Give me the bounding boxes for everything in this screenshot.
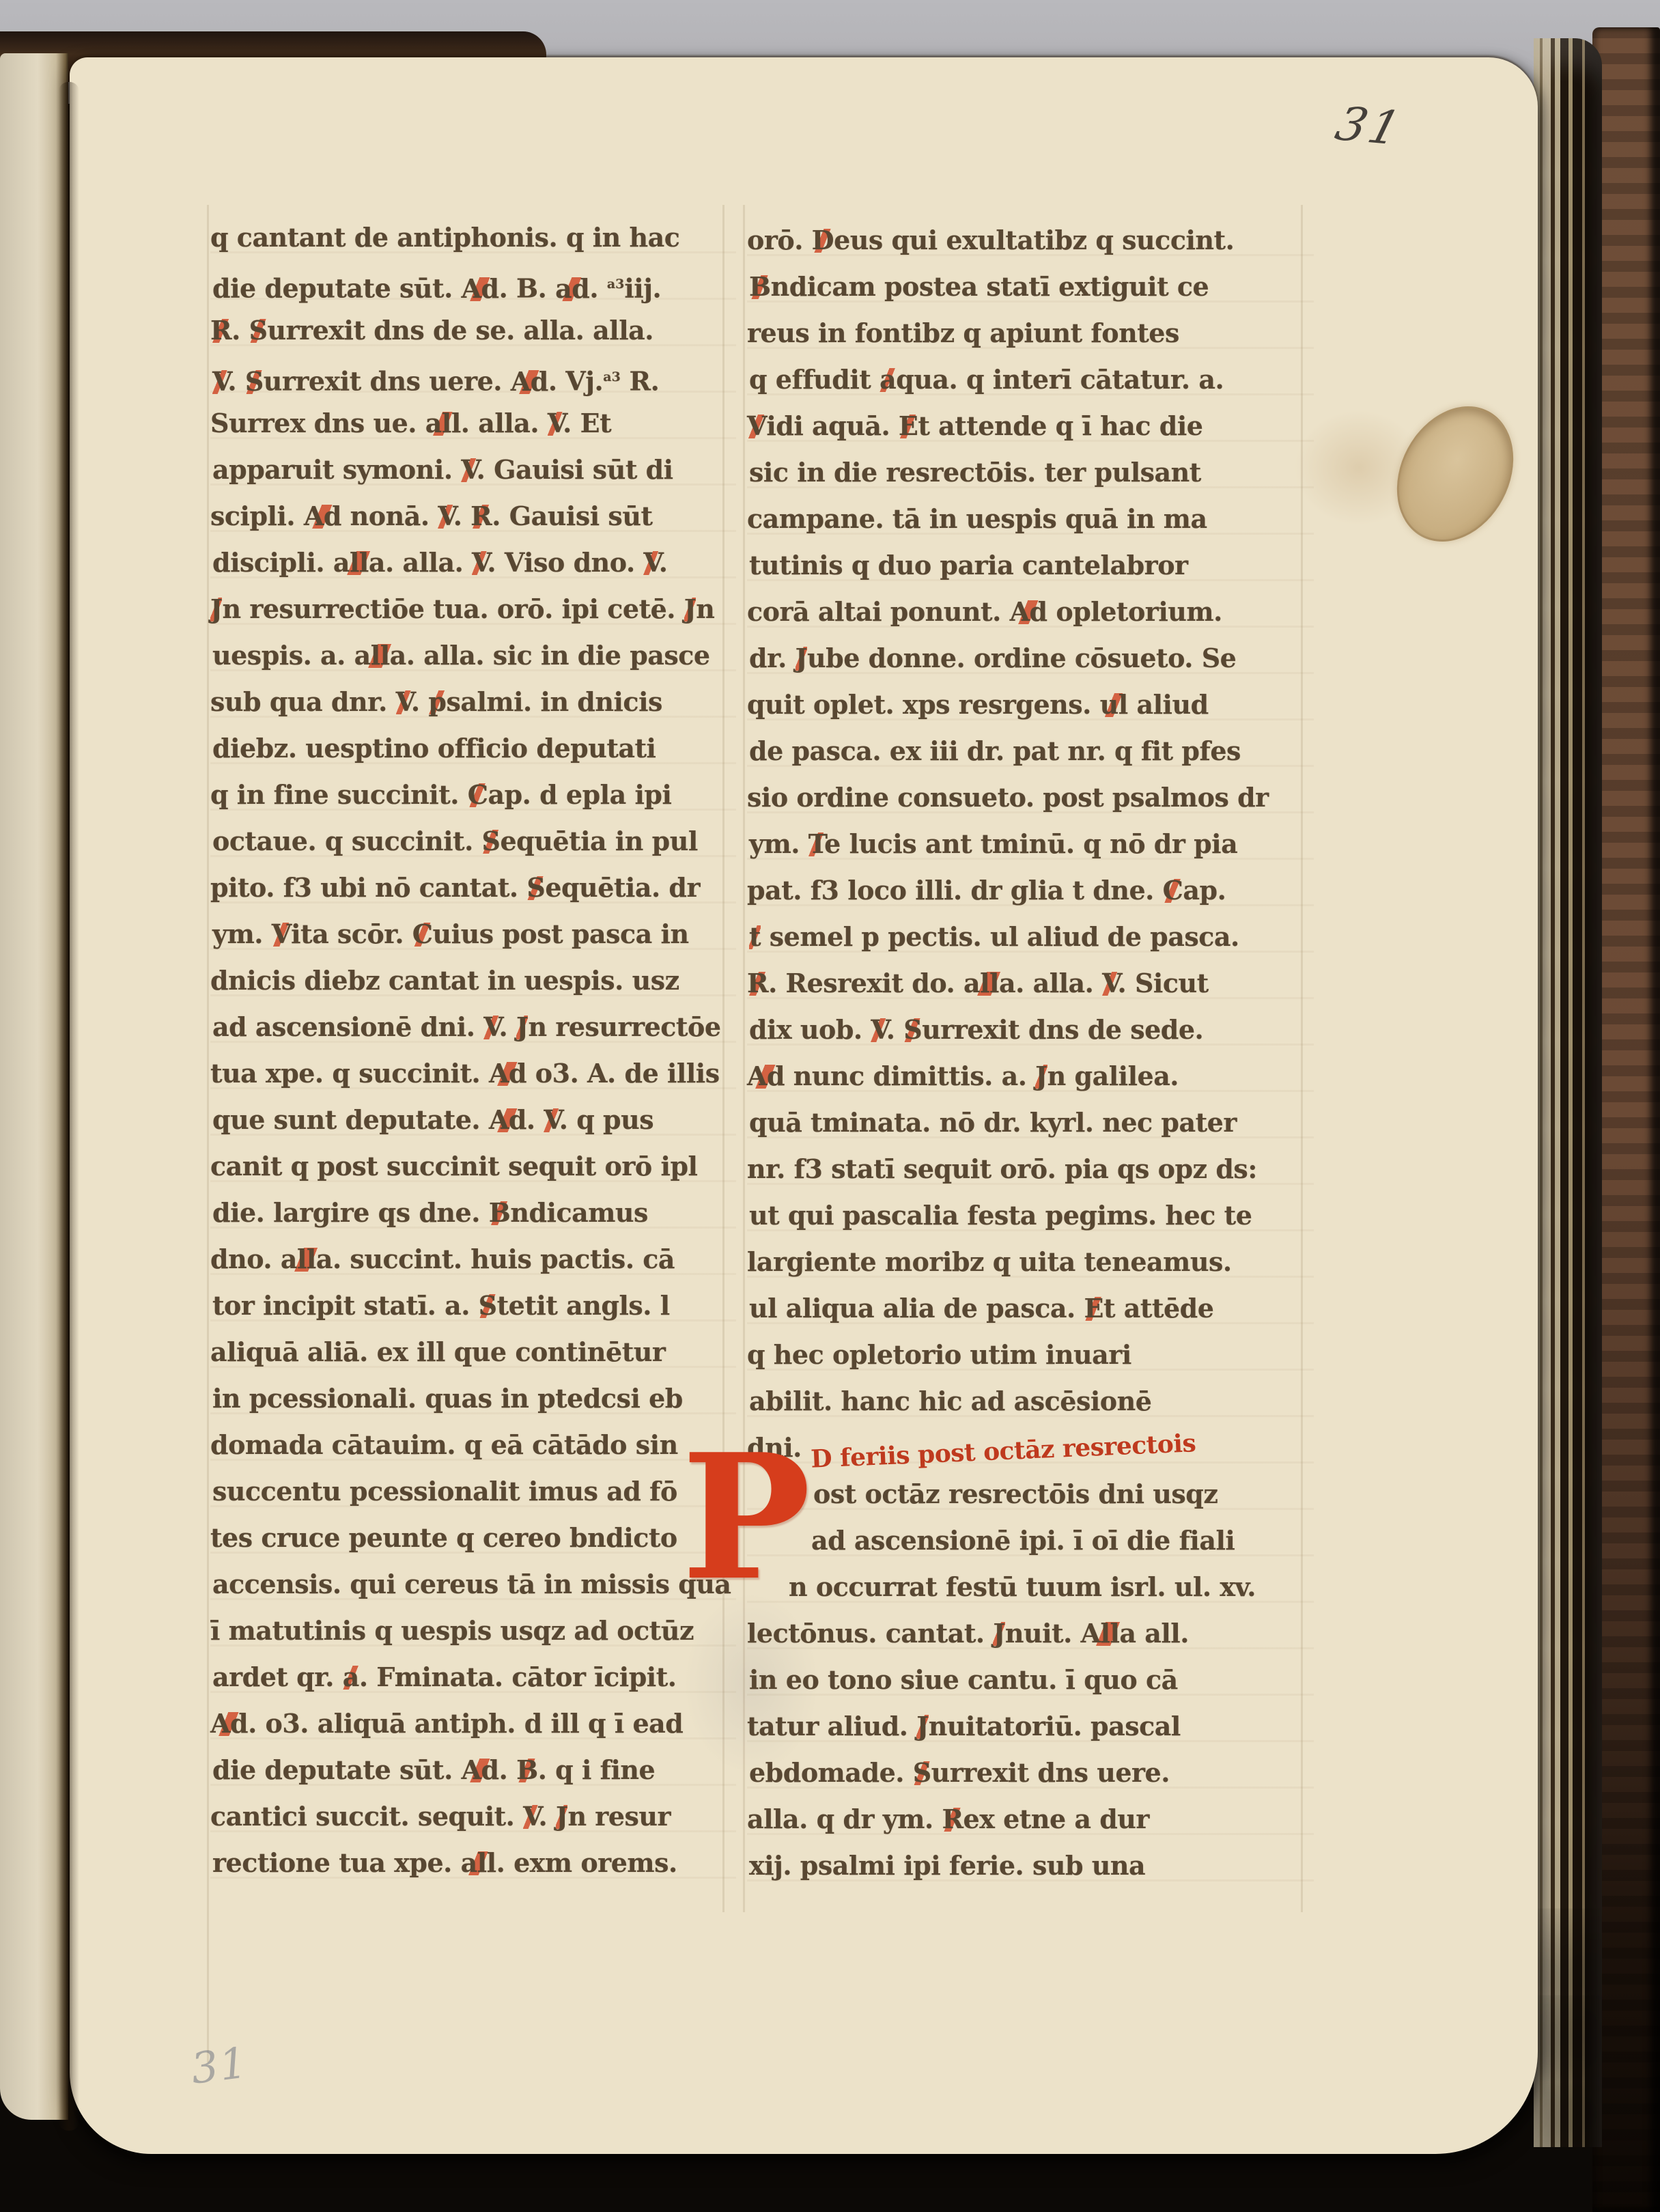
text-line: reus in fontibz q apiunt fontes <box>747 311 1314 358</box>
text-line: succentu pcessionalit imus ad fō <box>210 1470 736 1516</box>
text-segment: S <box>903 1014 922 1045</box>
text-segment: e lucis ant tminū. q nō dr pia <box>824 828 1237 859</box>
text-segment: ad ascensionē dni. <box>212 1011 483 1042</box>
text-segment: . alla. <box>385 547 472 578</box>
text-segment: V <box>747 410 766 441</box>
text-line: ardet qr. a. Fminata. cātor īcipit. <box>210 1655 736 1702</box>
book-cover-board <box>1592 27 1660 2212</box>
text-line: V. Surrexit dns uere. Ad. Vj.a3 R. <box>210 355 736 402</box>
text-segment: alla. q dr ym. <box>747 1804 942 1834</box>
text-segment: tetit angls. l <box>497 1290 670 1321</box>
text-segment: discipli. <box>212 547 333 578</box>
text-line: ul aliqua alia de pasca. Et attēde <box>747 1287 1314 1333</box>
text-segment: aliud <box>1128 689 1209 720</box>
text-segment: R <box>470 501 492 531</box>
text-segment: tor incipit statī. a. <box>212 1290 479 1321</box>
text-line: dr. Jube donne. ordine cōsueto. Se <box>747 636 1314 683</box>
text-line: in pcessionali. quas in ptedcsi eb <box>210 1377 736 1423</box>
text-segment: a3 <box>603 369 621 384</box>
text-segment: corā altai ponunt. <box>747 596 1010 627</box>
text-segment: scipli. <box>210 501 304 531</box>
text-segment: ndicamus <box>510 1197 648 1228</box>
text-segment: . <box>231 315 249 346</box>
text-segment: nunc dimittis. a. <box>785 1061 1035 1091</box>
text-line: tor incipit statī. a. Stetit angls. l <box>210 1284 736 1330</box>
text-segment: tua xpe. q succinit. <box>210 1058 489 1089</box>
text-segment: in eo tono siue cantu. ī quo cā <box>749 1664 1178 1695</box>
text-segment: ad ascensionē ipi. ī oī die fiali <box>811 1525 1235 1556</box>
text-line: R. Surrexit dns de se. alla. alla. <box>210 309 736 355</box>
text-segment: B <box>749 271 771 302</box>
text-segment: urrexit dns uere. <box>931 1757 1170 1788</box>
text-segment: urrexit dns uere. <box>264 366 511 397</box>
text-segment: . <box>499 1754 516 1785</box>
text-segment: V <box>212 366 227 397</box>
text-line: ad ascensionē dni. V. Jn resurrectōe <box>210 1005 736 1052</box>
text-segment: all <box>425 408 461 438</box>
text-segment: E <box>899 410 918 441</box>
text-line: tua xpe. q succinit. Ad o3. A. de illis <box>210 1052 736 1098</box>
text-segment: . q i fine <box>538 1754 656 1785</box>
text-segment: V <box>548 408 563 438</box>
text-segment: idi aquā. <box>766 410 899 441</box>
text-line: sic in die resrectōis. ter pulsant <box>747 451 1314 497</box>
pencil-folio-number: 31 <box>188 2037 251 2094</box>
text-segment: lectōnus. cantat. <box>747 1618 993 1649</box>
text-segment: . exm orems. <box>496 1847 677 1878</box>
text-segment: rectione tua xpe. <box>212 1847 461 1878</box>
text-segment: S <box>482 826 501 856</box>
text-segment: C <box>412 919 433 949</box>
text-segment: . succint. huis pactis. cā <box>333 1244 675 1274</box>
text-segment: cantici succit. sequit. <box>210 1801 523 1832</box>
text-line: canit q post succinit sequit orō ipl <box>210 1145 736 1191</box>
text-segment: q effudit <box>749 364 880 395</box>
text-segment: . Resrexit do. <box>768 968 963 998</box>
text-segment: ym. <box>749 828 808 859</box>
text-segment: . <box>589 273 606 304</box>
text-segment: in pcessionali. quas in ptedcsi eb <box>212 1383 683 1414</box>
text-line: ut qui pascalia festa pegims. hec te <box>747 1194 1314 1240</box>
text-segment: . Sicut <box>1118 968 1209 998</box>
text-segment: . o3. aliquā antiph. d ill q ī ead <box>248 1708 683 1739</box>
text-segment: tutinis q duo paria cantelabror <box>749 550 1188 580</box>
text-line: n occurrat festū tuum isrl. ul. xv. <box>787 1565 1314 1612</box>
text-line: uespis. a. alla. alla. sic in die pasce <box>210 634 736 680</box>
text-segment: Ad <box>1010 596 1047 627</box>
text-line: q in fine succinit. Cap. d epla ipi <box>210 773 736 820</box>
text-segment: J <box>993 1618 1004 1649</box>
text-line: Ad nunc dimittis. a. Jn galilea. <box>747 1054 1314 1101</box>
text-segment: die. largire qs dne. <box>212 1197 489 1228</box>
text-segment: Ad <box>511 366 548 397</box>
text-segment: ut qui pascalia festa pegims. hec te <box>749 1200 1252 1231</box>
text-line: dno. alla. succint. huis pactis. cā <box>210 1237 736 1284</box>
text-segment: . <box>538 1801 555 1832</box>
text-segment: dnicis diebz cantat in uespis. usz <box>210 965 679 996</box>
text-line: aliquā aliā. ex ill que continētur <box>210 1330 736 1377</box>
text-segment: orō. <box>747 225 812 255</box>
text-segment: T <box>808 828 824 859</box>
text-column-left: q cantant de antiphonis. q in hacdie dep… <box>210 216 736 1888</box>
text-segment: . <box>227 366 244 397</box>
text-segment: iij. <box>624 273 661 304</box>
text-segment: ndicam postea statī extiguit ce <box>771 271 1209 302</box>
text-segment: dr. <box>749 643 796 673</box>
text-segment: urrexit dns de se. alla. alla. <box>268 315 653 346</box>
text-line: octaue. q succinit. Sequētia in pul <box>210 820 736 866</box>
text-line: que sunt deputate. Ad. V. q pus <box>210 1098 736 1145</box>
text-segment: B <box>516 1754 538 1785</box>
text-segment: Alla <box>1081 1618 1136 1649</box>
text-segment: ap. d epla ipi <box>488 779 671 810</box>
text-segment: tes cruce peunte q cereo bndicto <box>210 1522 677 1553</box>
text-segment: t attende q ī hac die <box>918 410 1202 441</box>
text-line: quit oplet. xps resrgens. ul aliud <box>747 683 1314 729</box>
text-line: tes cruce peunte q cereo bndicto <box>210 1516 736 1563</box>
text-line: ī matutinis q uespis usqz ad octūz <box>210 1609 736 1655</box>
text-segment: a <box>880 364 896 395</box>
text-segment: tatur aliud. <box>747 1711 916 1741</box>
text-line: dix uob. V. Surrexit dns de sede. <box>747 1008 1314 1054</box>
text-line: tutinis q duo paria cantelabror <box>747 544 1314 590</box>
text-segment: xij. psalmi ipi ferie. sub una <box>749 1850 1145 1881</box>
text-segment: Ad <box>462 1754 499 1785</box>
text-segment: Ad <box>489 1104 526 1135</box>
text-segment: V <box>643 547 658 578</box>
text-segment: V <box>272 919 291 949</box>
text-segment: sio ordine consueto. post psalmos dr <box>747 782 1269 813</box>
text-segment: que sunt deputate. <box>212 1104 489 1135</box>
text-segment: S <box>479 1290 497 1321</box>
text-segment: ebdomade. <box>749 1757 913 1788</box>
text-segment: equētia. dr <box>545 872 700 903</box>
text-segment: V <box>871 1014 886 1045</box>
text-line: diebz. uesptino officio deputati <box>210 727 736 773</box>
text-line: abilit. hanc hic ad ascēsionē <box>747 1380 1314 1426</box>
text-line: alla. q dr ym. Rex etne a dur <box>747 1797 1314 1844</box>
text-line: q hec opletorio utim inuari <box>747 1333 1314 1380</box>
text-segment: . <box>526 1104 544 1135</box>
text-line: ad ascensionē ipi. ī oī die fiali <box>811 1519 1314 1565</box>
text-segment: nonā. <box>341 501 438 531</box>
text-line: sio ordine consueto. post psalmos dr <box>747 776 1314 822</box>
text-line: corā altai ponunt. Ad opletorium. <box>747 590 1314 636</box>
text-segment: n occurrat festū tuum isrl. ul. xv. <box>789 1571 1256 1602</box>
text-segment: V <box>396 686 411 717</box>
text-line: t semel p pectis. ul aliud de pasca. <box>747 915 1314 962</box>
drop-cap-initial: P <box>681 1453 811 1610</box>
text-segment: quit oplet. xps resrgens. <box>747 689 1100 720</box>
text-segment: opletorium. <box>1047 596 1222 627</box>
text-segment: ita scōr. <box>291 919 412 949</box>
text-segment: salmi. in dnicis <box>446 686 662 717</box>
text-segment: urrexit dns de sede. <box>922 1014 1203 1045</box>
text-segment: . Fminata. cātor īcipit. <box>359 1662 677 1692</box>
text-line: R. Resrexit do. alla. alla. V. Sicut <box>747 962 1314 1008</box>
text-segment: campane. tā in uespis quā in ma <box>747 503 1207 534</box>
text-line: dni. D feriis post octāz resrectois <box>747 1426 1314 1472</box>
text-segment: octaue. q succinit. <box>212 826 482 856</box>
text-segment: alla <box>354 640 406 671</box>
text-segment: uespis. a. <box>212 640 354 671</box>
text-line: Surrex dns ue. all. alla. V. Et <box>210 402 736 448</box>
text-segment: J <box>916 1711 928 1741</box>
text-segment: V <box>483 1011 498 1042</box>
text-segment: nuit. <box>1005 1618 1081 1649</box>
text-segment: alla <box>333 547 385 578</box>
text-segment: t attēde <box>1103 1293 1213 1324</box>
text-segment: n <box>696 593 714 624</box>
text-segment: all. <box>1136 1618 1189 1649</box>
text-line: dnicis diebz cantat in uespis. usz <box>210 959 736 1005</box>
text-segment: S <box>249 315 268 346</box>
text-segment: all <box>461 1847 496 1878</box>
text-segment: V <box>461 454 476 485</box>
text-segment: V <box>472 547 487 578</box>
text-segment: canit q post succinit sequit orō ipl <box>210 1151 697 1181</box>
text-segment: accensis. qui cereus tā in missis quā <box>212 1569 731 1599</box>
text-line: de pasca. ex iii dr. pat nr. q fit pfes <box>747 729 1314 776</box>
text-line: pito. f3 ubi nō cantat. Sequētia. dr <box>210 866 736 912</box>
text-segment: uius post pasca in <box>433 919 689 949</box>
text-line: Jn resurrectiōe tua. orō. ipi cetē. Jn <box>210 587 736 634</box>
text-segment: nr. f3 statī sequit orō. pia qs opz ds: <box>747 1153 1257 1184</box>
text-segment: D <box>812 225 834 255</box>
text-segment: semel p pectis. ul aliud de pasca. <box>761 921 1239 952</box>
text-line: q cantant de antiphonis. q in hac <box>210 216 736 262</box>
text-segment: ost octāz resrectōis dni usqz <box>813 1479 1218 1509</box>
text-column-right: orō. Deus qui exultatibz q succint.Bndic… <box>747 219 1314 1890</box>
text-segment: eus qui exultatibz q succint. <box>834 225 1234 255</box>
text-segment: . Et <box>563 408 611 438</box>
text-segment: Ad <box>210 1708 248 1739</box>
text-segment: . <box>659 547 668 578</box>
text-segment: nuitatoriū. pascal <box>929 1711 1181 1741</box>
text-segment: C <box>468 779 488 810</box>
text-segment: alla <box>963 968 1015 998</box>
text-segment: ym. <box>212 919 272 949</box>
text-segment: Ad <box>304 501 341 531</box>
text-segment: . alla. <box>1015 968 1102 998</box>
column-rule-line <box>743 205 745 1912</box>
text-segment: R <box>942 1804 963 1834</box>
text-segment: . Gauisi sūt di <box>477 454 673 485</box>
text-segment: . alla. sic in die pasce <box>406 640 710 671</box>
text-segment: sub qua dnr. <box>210 686 396 717</box>
text-segment: S <box>526 872 545 903</box>
text-line: die deputate sūt. Ad. B. ad. a3iij. <box>210 262 736 309</box>
text-segment: aliquā aliā. ex ill que continētur <box>210 1336 665 1367</box>
gutter-shadow <box>59 82 79 2131</box>
text-segment: . <box>411 686 428 717</box>
text-line: xij. psalmi ipi ferie. sub una <box>747 1844 1314 1890</box>
text-segment: J <box>516 1011 528 1042</box>
text-segment: quā tminata. nō dr. kyrl. nec pater <box>749 1107 1237 1138</box>
text-line: quā tminata. nō dr. kyrl. nec pater <box>747 1101 1314 1147</box>
text-line: sub qua dnr. V. psalmi. in dnicis <box>210 680 736 727</box>
text-segment: . Vj. <box>548 366 603 397</box>
text-line: ost octāz resrectōis dni usqz <box>811 1472 1314 1519</box>
text-segment: J <box>556 1801 567 1832</box>
text-segment: abilit. hanc hic ad ascēsionē <box>749 1386 1151 1416</box>
text-segment: q cantant de antiphonis. q in hac <box>210 222 679 253</box>
text-segment: . q pus <box>559 1104 653 1135</box>
text-segment: a <box>343 1662 359 1692</box>
text-line: domada cātauim. q eā cātādo sin <box>210 1423 736 1470</box>
text-segment: q in fine succinit. <box>210 779 468 810</box>
text-segment: J <box>684 593 696 624</box>
text-segment: pat. f3 loco illi. dr glia t dne. <box>747 875 1163 906</box>
text-line: scipli. Ad nonā. V. R. Gauisi sūt <box>210 494 736 541</box>
text-segment: q hec opletorio utim inuari <box>747 1339 1131 1370</box>
text-segment: n galilea. <box>1047 1061 1179 1091</box>
text-segment: succentu pcessionalit imus ad fō <box>212 1476 677 1507</box>
text-segment: V <box>544 1104 559 1135</box>
text-segment: . alla. <box>461 408 548 438</box>
text-segment: die deputate sūt. <box>212 1754 462 1785</box>
text-segment: ube donne. ordine cōsueto. Se <box>807 643 1236 673</box>
text-segment: largiente moribz q uita teneamus. <box>747 1246 1232 1277</box>
text-segment: S <box>913 1757 931 1788</box>
column-rule-line <box>207 205 209 2062</box>
text-line: die deputate sūt. Ad. B. q i fine <box>210 1748 736 1795</box>
text-segment: diebz. uesptino officio deputati <box>212 733 656 764</box>
text-segment: p <box>428 686 446 717</box>
text-segment: pito. f3 ubi nō cantat. <box>210 872 526 903</box>
text-segment: n resurrectōe <box>528 1011 720 1042</box>
text-segment: n resurrectiōe tua. orō. ipi cetē. <box>222 593 684 624</box>
text-line: lectōnus. cantat. Jnuit. Alla all. <box>747 1612 1314 1658</box>
text-segment: alla <box>281 1244 333 1274</box>
text-segment: n resur <box>567 1801 671 1832</box>
text-line: orō. Deus qui exultatibz q succint. <box>747 219 1314 265</box>
text-segment: R. <box>621 366 660 397</box>
text-segment: ī matutinis q uespis usqz ad octūz <box>210 1615 694 1646</box>
text-segment: . Gauisi sūt <box>492 501 652 531</box>
text-segment: qua. q interī cātatur. a. <box>896 364 1224 395</box>
text-line: q effudit aqua. q interī cātatur. a. <box>747 358 1314 404</box>
text-segment: Surrex dns ue. <box>210 408 425 438</box>
text-segment: ex etne a dur <box>963 1804 1149 1834</box>
text-segment: ad <box>555 273 589 304</box>
text-segment: B <box>489 1197 511 1228</box>
text-segment: ul aliqua alia de pasca. <box>749 1293 1084 1324</box>
text-segment: Ad <box>747 1061 785 1091</box>
text-segment: reus in fontibz q apiunt fontes <box>747 318 1179 348</box>
text-segment: ul <box>1100 689 1128 720</box>
text-segment: J <box>210 593 222 624</box>
fore-edge-page-stack <box>1534 38 1602 2147</box>
text-line: ebdomade. Surrexit dns uere. <box>747 1751 1314 1797</box>
text-line: Vidi aquā. Et attende q ī hac die <box>747 404 1314 451</box>
text-line: Ad. o3. aliquā antiph. d ill q ī ead <box>210 1702 736 1748</box>
text-line: die. largire qs dne. Bndicamus <box>210 1191 736 1237</box>
text-line: nr. f3 statī sequit orō. pia qs opz ds: <box>747 1147 1314 1194</box>
text-segment: o3. A. de illis <box>526 1058 720 1089</box>
text-segment: . <box>886 1014 903 1045</box>
text-segment: R <box>747 968 768 998</box>
text-segment: dix uob. <box>749 1014 871 1045</box>
text-line: campane. tā in uespis quā in ma <box>747 497 1314 544</box>
text-segment: V <box>523 1801 538 1832</box>
text-segment: V <box>438 501 453 531</box>
text-segment: ap. <box>1183 875 1226 906</box>
text-line: in eo tono siue cantu. ī quo cā <box>747 1658 1314 1705</box>
text-line: ym. Te lucis ant tminū. q nō dr pia <box>747 822 1314 869</box>
facing-page-edge <box>0 53 68 2120</box>
text-segment: J <box>796 643 807 673</box>
text-segment: J <box>1035 1061 1047 1091</box>
text-segment: C <box>1163 875 1183 906</box>
text-line: cantici succit. sequit. V. Jn resur <box>210 1795 736 1841</box>
text-segment: die deputate sūt. <box>212 273 462 304</box>
text-segment: . Viso dno. <box>487 547 643 578</box>
text-line: accensis. qui cereus tā in missis quā <box>210 1563 736 1609</box>
text-segment: sic in die resrectōis. ter pulsant <box>749 457 1201 488</box>
text-line: largiente moribz q uita teneamus. <box>747 1240 1314 1287</box>
text-segment: . B. <box>499 273 556 304</box>
text-segment: Ad <box>462 273 499 304</box>
text-segment: ardet qr. <box>212 1662 343 1692</box>
text-segment: equētia in pul <box>500 826 697 856</box>
text-segment: . <box>453 501 470 531</box>
text-line: rectione tua xpe. all. exm orems. <box>210 1841 736 1888</box>
text-segment: V <box>1102 968 1117 998</box>
text-line: ym. Vita scōr. Cuius post pasca in <box>210 912 736 959</box>
text-segment: domada cātauim. q eā cātādo sin <box>210 1429 678 1460</box>
text-line: pat. f3 loco illi. dr glia t dne. Cap. <box>747 869 1314 915</box>
text-segment: a3 <box>607 277 625 292</box>
text-line: Bndicam postea statī extiguit ce <box>747 265 1314 311</box>
text-segment: apparuit symoni. <box>212 454 461 485</box>
text-segment: S <box>245 366 264 397</box>
text-line: discipli. alla. alla. V. Viso dno. V. <box>210 541 736 587</box>
text-segment: R <box>210 315 231 346</box>
text-segment: de pasca. ex iii dr. pat nr. q fit pfes <box>749 736 1241 766</box>
text-line: apparuit symoni. V. Gauisi sūt di <box>210 448 736 494</box>
text-segment: Ad <box>489 1058 526 1089</box>
text-segment: t <box>749 921 761 952</box>
text-segment: E <box>1084 1293 1103 1324</box>
text-segment: dno. <box>210 1244 281 1274</box>
text-line: tatur aliud. Jnuitatoriū. pascal <box>747 1705 1314 1751</box>
text-segment: . <box>499 1011 516 1042</box>
